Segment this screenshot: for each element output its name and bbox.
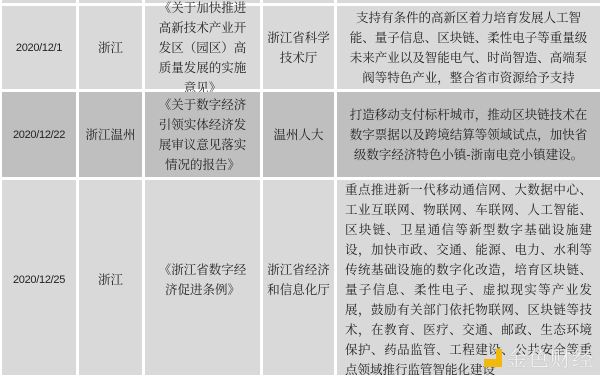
cell-region: 浙江 (79, 6, 142, 89)
cell-document: 《关于数字经济引领实体经济发展审议意见落实情况的报告》 (145, 92, 260, 177)
jinse-logo-icon (484, 349, 502, 367)
table-row: 2020/12/22 浙江温州 《关于数字经济引领实体经济发展审议意见落实情况的… (0, 92, 600, 177)
cell-region: 浙江 (79, 180, 142, 375)
cell-issuer: 浙江省科学技术厅 (263, 6, 334, 89)
cell-region (79, 0, 142, 3)
table-row-previous-partial (0, 0, 600, 3)
cell-issuer: 温州人大 (263, 92, 334, 177)
cell-issuer: 浙江省经济和信息化厅 (263, 180, 334, 375)
watermark-text: 金色财经 (506, 343, 594, 373)
cell-content (337, 0, 600, 3)
table-row: 2020/12/1 浙江 《关于加快推进高新技术产业开发区（园区）高质量发展的实… (0, 6, 600, 89)
cell-document: 《浙江省数字经济促进条例》 (145, 180, 260, 375)
cell-date: 2020/12/25 (2, 180, 76, 375)
cell-document: 《关于加快推进高新技术产业开发区（园区）高质量发展的实施意见》 (145, 6, 260, 89)
cell-issuer (263, 0, 334, 3)
policy-table: 2020/12/1 浙江 《关于加快推进高新技术产业开发区（园区）高质量发展的实… (0, 0, 600, 375)
cell-region: 浙江温州 (79, 92, 142, 177)
cell-date (2, 0, 76, 3)
watermark: 金色财经 (484, 343, 594, 373)
cell-date: 2020/12/1 (2, 6, 76, 89)
cell-date: 2020/12/22 (2, 92, 76, 177)
cell-content: 支持有条件的高新区着力培育发展人工智能、量子信息、区块链、柔性电子等重量级未来产… (337, 6, 600, 89)
cell-content: 打造移动支付标杆城市，推动区块链技术在数字票据以及跨境结算等领域试点，加快省级数… (337, 92, 600, 177)
